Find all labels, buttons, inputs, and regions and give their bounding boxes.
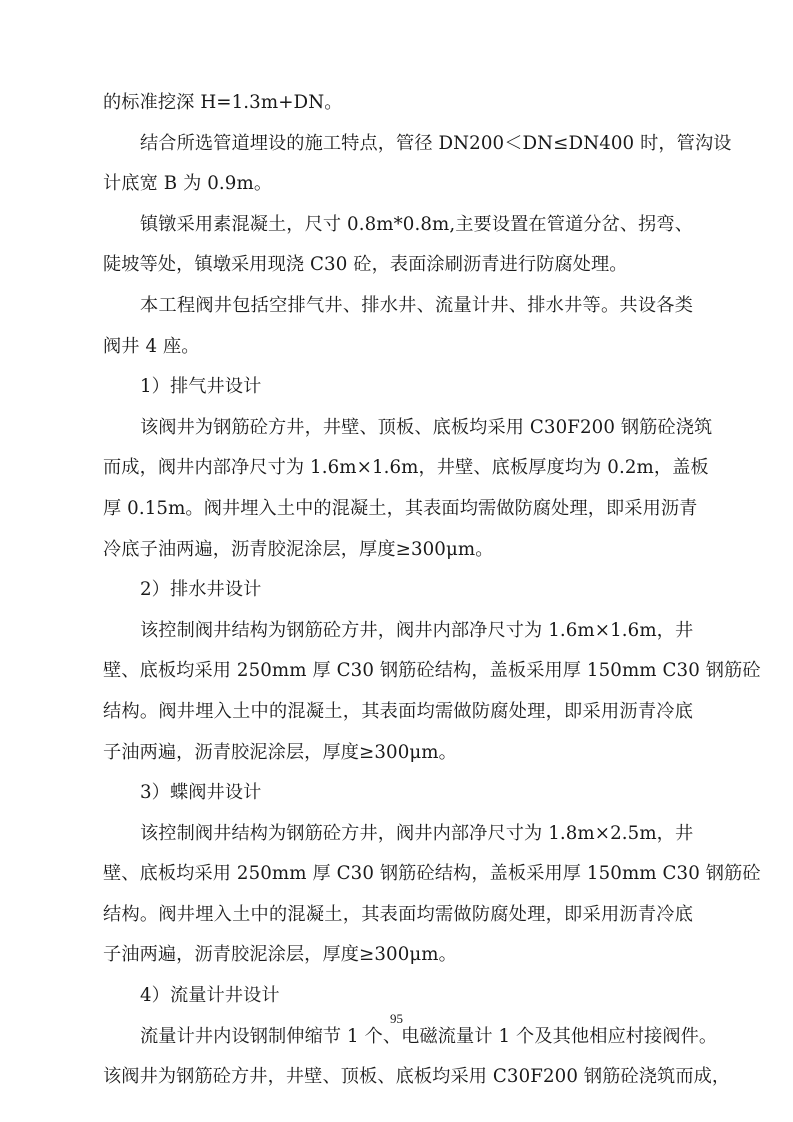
text-line: 壁、底板均采用 250mm 厚 C30 钢筋砼结构，盖板采用厚 150mm C3… bbox=[103, 657, 693, 698]
text-line: 冷底子油两遍，沥青胶泥涂层，厚度≥300μm。 bbox=[103, 536, 693, 577]
text-line: 子油两遍，沥青胶泥涂层，厚度≥300μm。 bbox=[103, 739, 693, 780]
text-line: 的标准挖深 H=1.3m+DN。 bbox=[103, 89, 693, 130]
text-line: 结合所选管道埋设的施工特点，管径 DN200＜DN≤DN400 时，管沟设 bbox=[103, 130, 693, 171]
page-number: 95 bbox=[0, 1011, 793, 1027]
text-line: 该阀井为钢筋砼方井，井壁、顶板、底板均采用 C30F200 钢筋砼浇筑而成， bbox=[103, 1063, 693, 1104]
section-heading-drain-well: 2）排水井设计 bbox=[103, 576, 693, 617]
text-line: 本工程阀井包括空排气井、排水井、流量计井、排水井等。共设各类 bbox=[103, 292, 693, 333]
text-line: 结构。阀井埋入土中的混凝土，其表面均需做防腐处理，即采用沥青冷底 bbox=[103, 698, 693, 739]
text-line: 计底宽 B 为 0.9m。 bbox=[103, 170, 693, 211]
section-heading-exhaust-well: 1）排气井设计 bbox=[103, 373, 693, 414]
text-line: 壁、底板均采用 250mm 厚 C30 钢筋砼结构，盖板采用厚 150mm C3… bbox=[103, 860, 693, 901]
text-line: 阀井 4 座。 bbox=[103, 333, 693, 374]
text-line: 结构。阀井埋入土中的混凝土，其表面均需做防腐处理，即采用沥青冷底 bbox=[103, 901, 693, 942]
text-line: 镇镦采用素混凝土，尺寸 0.8m*0.8m,主要设置在管道分岔、拐弯、 bbox=[103, 211, 693, 252]
text-line: 子油两遍，沥青胶泥涂层，厚度≥300μm。 bbox=[103, 941, 693, 982]
document-body: 的标准挖深 H=1.3m+DN。 结合所选管道埋设的施工特点，管径 DN200＜… bbox=[103, 89, 693, 1104]
text-line: 而成，阀井内部净尺寸为 1.6m×1.6m，井壁、底板厚度均为 0.2m，盖板 bbox=[103, 454, 693, 495]
text-line: 该控制阀井结构为钢筋砼方井，阀井内部净尺寸为 1.8m×2.5m，井 bbox=[103, 820, 693, 861]
section-heading-butterfly-valve-well: 3）蝶阀井设计 bbox=[103, 779, 693, 820]
text-line: 陡坡等处，镇墩采用现浇 C30 砼，表面涂刷沥青进行防腐处理。 bbox=[103, 251, 693, 292]
text-line: 厚 0.15m。阀井埋入土中的混凝土，其表面均需做防腐处理，即采用沥青 bbox=[103, 495, 693, 536]
text-line: 该阀井为钢筋砼方井，井壁、顶板、底板均采用 C30F200 钢筋砼浇筑 bbox=[103, 414, 693, 455]
text-line: 该控制阀井结构为钢筋砼方井，阀井内部净尺寸为 1.6m×1.6m，井 bbox=[103, 617, 693, 658]
text-line: 流量计井内设钢制伸缩节 1 个、电磁流量计 1 个及其他相应村接阀件。 bbox=[103, 1023, 693, 1064]
